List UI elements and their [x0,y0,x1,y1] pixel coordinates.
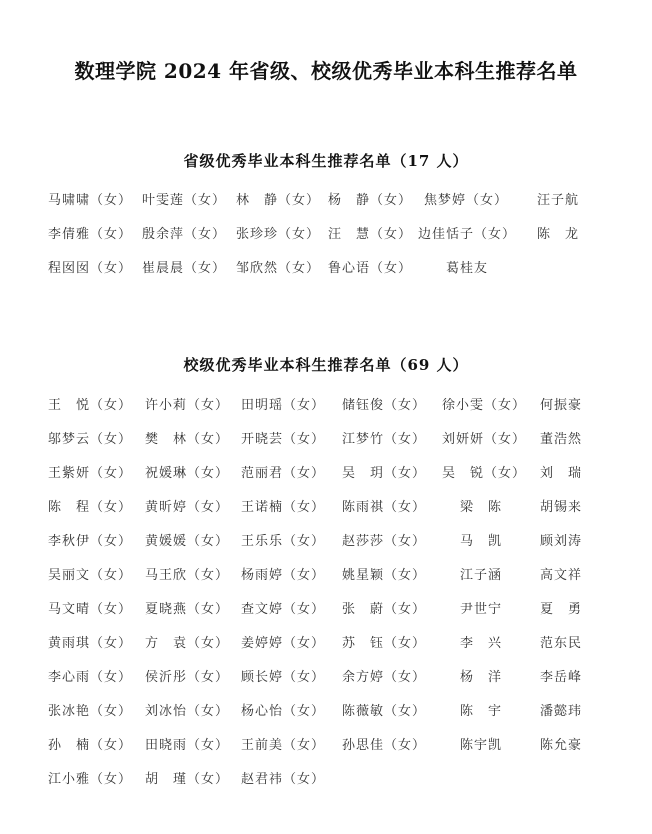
name-entry: 马啸啸（女） [48,189,132,208]
name-entry: 杨 洋 [460,666,502,685]
name-entry: 叶雯莲（女） [142,189,226,208]
name-entry: 程囡囡（女） [48,257,132,276]
school-row: 王紫妍（女） 祝媛琳（女） 范丽君（女） 吴 玥（女） 吴 锐（女） 刘 瑞 [0,462,652,482]
name-entry: 高文祥 [540,564,582,583]
name-entry: 葛桂友 [446,257,488,276]
name-entry: 李倩雅（女） [48,223,132,242]
name-entry: 吴丽文（女） [48,564,132,583]
name-entry: 汪 慧（女） [328,223,412,242]
name-entry: 杨心怡（女） [241,700,325,719]
provincial-heading: 省级优秀毕业本科生推荐名单（17 人） [0,150,652,171]
name-entry: 赵莎莎（女） [342,530,426,549]
school-row: 张冰艳（女） 刘冰怡（女） 杨心怡（女） 陈薇敏（女） 陈 宇 潘懿玮 [0,700,652,720]
name-entry: 林 静（女） [236,189,320,208]
name-entry: 方 袁（女） [145,632,229,651]
name-entry: 祝媛琳（女） [145,462,229,481]
name-entry: 吴 锐（女） [442,462,526,481]
name-entry: 杨 静（女） [328,189,412,208]
provincial-row: 程囡囡（女） 崔晨晨（女） 邹欣然（女） 鲁心语（女） 葛桂友 [0,257,652,277]
name-entry: 田晓雨（女） [145,734,229,753]
school-row: 李心雨（女） 侯沂彤（女） 顾长婷（女） 余方婷（女） 杨 洋 李岳峰 [0,666,652,686]
name-entry: 王 悦（女） [48,394,132,413]
name-entry: 边佳恬子（女） [418,223,516,242]
name-entry: 余方婷（女） [342,666,426,685]
name-entry: 焦梦婷（女） [424,189,508,208]
name-entry: 徐小雯（女） [442,394,526,413]
name-entry: 王乐乐（女） [241,530,325,549]
name-entry: 马 凯 [460,530,502,549]
name-entry: 夏晓燕（女） [145,598,229,617]
name-entry: 范东民 [540,632,582,651]
name-entry: 王紫妍（女） [48,462,132,481]
name-entry: 孙 楠（女） [48,734,132,753]
name-entry: 邹欣然（女） [236,257,320,276]
name-entry: 董浩然 [540,428,582,447]
name-entry: 陈薇敏（女） [342,700,426,719]
name-entry: 储钰俊（女） [342,394,426,413]
name-entry: 顾刘涛 [540,530,582,549]
name-entry: 王前美（女） [241,734,325,753]
name-entry: 马王欣（女） [145,564,229,583]
name-entry: 江梦竹（女） [342,428,426,447]
name-entry: 侯沂彤（女） [145,666,229,685]
school-row: 吴丽文（女） 马王欣（女） 杨雨婷（女） 姚星颖（女） 江子涵 高文祥 [0,564,652,584]
name-entry: 陈 龙 [537,223,579,242]
name-entry: 开晓芸（女） [241,428,325,447]
name-entry: 江子涵 [460,564,502,583]
name-entry: 陈 程（女） [48,496,132,515]
name-entry: 李 兴 [460,632,502,651]
name-entry: 田明瑶（女） [241,394,325,413]
school-row: 黄雨琪（女） 方 袁（女） 姜婷婷（女） 苏 钰（女） 李 兴 范东民 [0,632,652,652]
name-entry: 查文婷（女） [241,598,325,617]
name-entry: 范丽君（女） [241,462,325,481]
name-entry: 陈雨祺（女） [342,496,426,515]
name-entry: 尹世宁 [460,598,502,617]
name-entry: 潘懿玮 [540,700,582,719]
name-entry: 樊 林（女） [145,428,229,447]
name-entry: 陈宇凯 [460,734,502,753]
name-entry: 汪子航 [537,189,579,208]
name-entry: 赵君祎（女） [241,768,325,787]
document-title: 数理学院 2024 年省级、校级优秀毕业本科生推荐名单 [0,55,652,84]
name-entry: 杨雨婷（女） [241,564,325,583]
school-row: 王 悦（女） 许小莉（女） 田明瑶（女） 储钰俊（女） 徐小雯（女） 何振豪 [0,394,652,414]
name-entry: 苏 钰（女） [342,632,426,651]
name-entry: 邬梦云（女） [48,428,132,447]
name-entry: 吴 玥（女） [342,462,426,481]
name-entry: 陈 宇 [460,700,502,719]
school-row: 江小雅（女） 胡 瑾（女） 赵君祎（女） [0,768,652,788]
name-entry: 梁 陈 [460,496,502,515]
school-row: 陈 程（女） 黄昕婷（女） 王诺楠（女） 陈雨祺（女） 梁 陈 胡锡来 [0,496,652,516]
school-row: 李秋伊（女） 黄媛媛（女） 王乐乐（女） 赵莎莎（女） 马 凯 顾刘涛 [0,530,652,550]
name-entry: 孙思佳（女） [342,734,426,753]
school-row: 孙 楠（女） 田晓雨（女） 王前美（女） 孙思佳（女） 陈宇凯 陈允豪 [0,734,652,754]
provincial-row: 马啸啸（女） 叶雯莲（女） 林 静（女） 杨 静（女） 焦梦婷（女） 汪子航 [0,189,652,209]
name-entry: 姚星颖（女） [342,564,426,583]
name-entry: 李岳峰 [540,666,582,685]
name-entry: 王诺楠（女） [241,496,325,515]
name-entry: 江小雅（女） [48,768,132,787]
name-entry: 黄媛媛（女） [145,530,229,549]
name-entry: 李心雨（女） [48,666,132,685]
name-entry: 刘冰怡（女） [145,700,229,719]
name-entry: 张 蔚（女） [342,598,426,617]
school-heading: 校级优秀毕业本科生推荐名单（69 人） [0,354,652,375]
name-entry: 黄昕婷（女） [145,496,229,515]
name-entry: 胡锡来 [540,496,582,515]
name-entry: 何振豪 [540,394,582,413]
name-entry: 殷余萍（女） [142,223,226,242]
name-entry: 鲁心语（女） [328,257,412,276]
provincial-row: 李倩雅（女） 殷余萍（女） 张珍珍（女） 汪 慧（女） 边佳恬子（女） 陈 龙 [0,223,652,243]
name-entry: 姜婷婷（女） [241,632,325,651]
name-entry: 许小莉（女） [145,394,229,413]
name-entry: 刘 瑞 [540,462,582,481]
name-entry: 张珍珍（女） [236,223,320,242]
name-entry: 夏 勇 [540,598,582,617]
name-entry: 胡 瑾（女） [145,768,229,787]
name-entry: 李秋伊（女） [48,530,132,549]
name-entry: 张冰艳（女） [48,700,132,719]
name-entry: 陈允豪 [540,734,582,753]
school-row: 邬梦云（女） 樊 林（女） 开晓芸（女） 江梦竹（女） 刘妍妍（女） 董浩然 [0,428,652,448]
name-entry: 顾长婷（女） [241,666,325,685]
name-entry: 黄雨琪（女） [48,632,132,651]
name-entry: 刘妍妍（女） [442,428,526,447]
name-entry: 崔晨晨（女） [142,257,226,276]
name-entry: 马文晴（女） [48,598,132,617]
school-row: 马文晴（女） 夏晓燕（女） 查文婷（女） 张 蔚（女） 尹世宁 夏 勇 [0,598,652,618]
